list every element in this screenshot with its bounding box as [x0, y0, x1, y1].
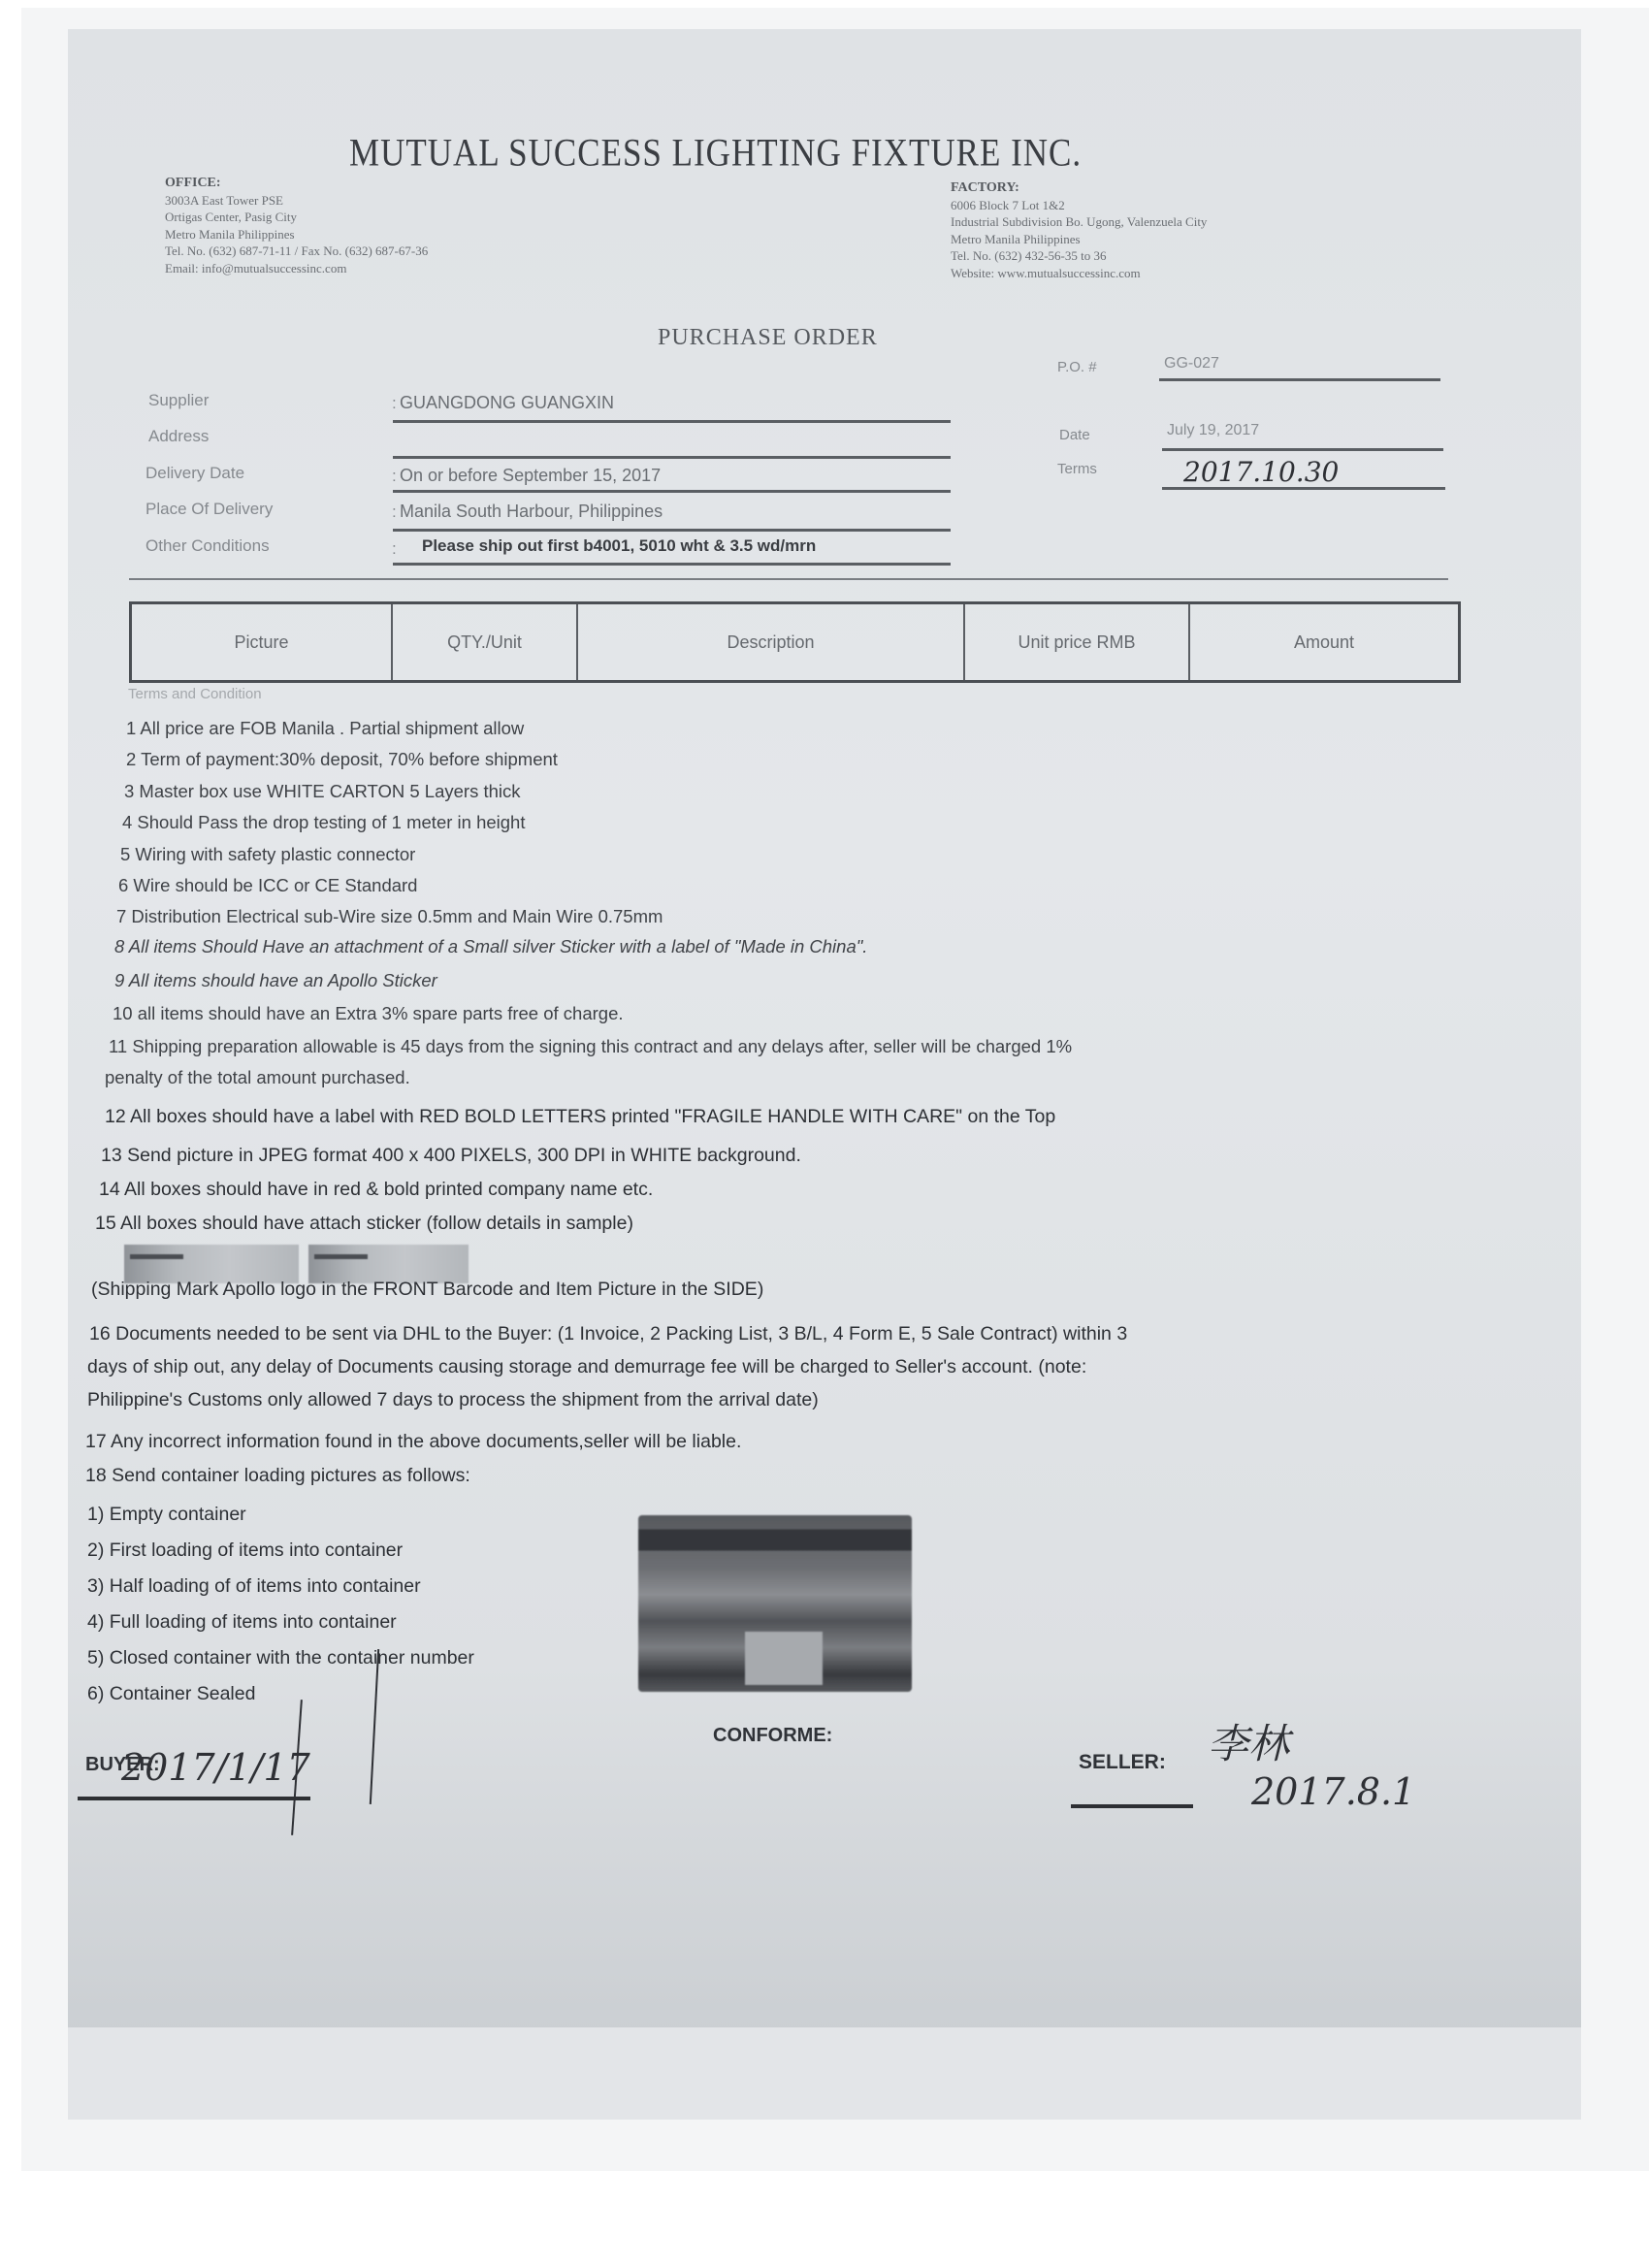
other-conditions-underline	[393, 563, 951, 566]
date-value: July 19, 2017	[1167, 422, 1259, 439]
field-colon: :	[392, 467, 397, 486]
terms-item: 7 Distribution Electrical sub-Wire size …	[116, 906, 663, 927]
terms-item: 6 Wire should be ICC or CE Standard	[118, 875, 417, 896]
place-of-delivery-label: Place Of Delivery	[145, 500, 273, 519]
sticker-sample-image	[124, 1245, 299, 1283]
page-bottom-margin	[68, 2027, 1581, 2120]
terms-item: 4 Should Pass the drop testing of 1 mete…	[122, 812, 525, 833]
place-of-delivery-underline	[393, 529, 951, 532]
office-line: Email: info@mutualsuccessinc.com	[165, 260, 428, 277]
other-conditions-value: Please ship out first b4001, 5010 wht & …	[422, 536, 816, 556]
office-line: Tel. No. (632) 687-71-11 / Fax No. (632)…	[165, 243, 428, 260]
buyer-signature-line	[78, 1797, 310, 1800]
loading-step: 6) Container Sealed	[87, 1683, 255, 1705]
terms-item: 12 All boxes should have a label with RE…	[105, 1106, 1055, 1128]
seller-signature-line	[1071, 1804, 1193, 1808]
company-name: MUTUAL SUCCESS LIGHTING FIXTURE INC.	[349, 131, 1082, 176]
loading-step: 5) Closed container with the container n…	[87, 1647, 474, 1669]
delivery-date-value: On or before September 15, 2017	[400, 466, 661, 486]
terms-item: 15 All boxes should have attach sticker …	[95, 1213, 633, 1235]
terms-item: 17 Any incorrect information found in th…	[85, 1431, 741, 1453]
date-underline	[1162, 448, 1443, 451]
field-colon: :	[392, 502, 397, 522]
place-of-delivery-value: Manila South Harbour, Philippines	[400, 502, 663, 522]
seller-signature-name: 李林	[1208, 1712, 1289, 1770]
date-label: Date	[1059, 427, 1090, 443]
items-table: Picture QTY./Unit Description Unit price…	[129, 601, 1461, 683]
terms-item: 1 All price are FOB Manila . Partial shi…	[126, 718, 524, 739]
other-conditions-label: Other Conditions	[145, 536, 270, 556]
delivery-date-underline	[393, 490, 951, 493]
seller-label: SELLER:	[1079, 1751, 1166, 1774]
terms-item: 9 All items should have an Apollo Sticke…	[114, 970, 437, 991]
terms-item: days of ship out, any delay of Documents…	[87, 1356, 1086, 1378]
field-colon: :	[392, 539, 397, 559]
address-underline	[393, 456, 951, 459]
terms-item: 18 Send container loading pictures as fo…	[85, 1465, 470, 1487]
supplier-value: GUANGDONG GUANGXIN	[400, 393, 614, 413]
supplier-underline	[393, 420, 951, 423]
container-loading-photo	[638, 1515, 912, 1692]
terms-item: 2 Term of payment:30% deposit, 70% befor…	[126, 749, 558, 770]
header-divider	[129, 578, 1448, 580]
supplier-label: Supplier	[148, 391, 209, 410]
loading-step: 1) Empty container	[87, 1504, 246, 1526]
loading-step: 4) Full loading of items into container	[87, 1611, 397, 1634]
po-number-label: P.O. #	[1057, 359, 1097, 375]
po-number-underline	[1159, 378, 1440, 381]
field-colon: :	[392, 394, 397, 413]
terms-item: 10 all items should have an Extra 3% spa…	[113, 1003, 624, 1024]
factory-line: Tel. No. (632) 432-56-35 to 36	[951, 247, 1207, 265]
buyer-signature-date: 2017/1/17	[121, 1746, 310, 1789]
terms-item: (Shipping Mark Apollo logo in the FRONT …	[91, 1279, 763, 1301]
office-line: Metro Manila Philippines	[165, 226, 428, 243]
terms-item: Philippine's Customs only allowed 7 days…	[87, 1389, 819, 1411]
loading-step: 3) Half loading of of items into contain…	[87, 1575, 421, 1598]
terms-heading: Terms and Condition	[128, 686, 262, 702]
factory-line: Industrial Subdivision Bo. Ugong, Valenz…	[951, 213, 1207, 231]
factory-address: FACTORY: 6006 Block 7 Lot 1&2 Industrial…	[951, 179, 1207, 281]
delivery-date-label: Delivery Date	[145, 464, 244, 483]
document-title: PURCHASE ORDER	[658, 325, 878, 351]
column-header-description: Description	[577, 603, 964, 682]
terms-item: 14 All boxes should have in red & bold p…	[99, 1179, 653, 1201]
factory-line: Metro Manila Philippines	[951, 231, 1207, 248]
office-line: Ortigas Center, Pasig City	[165, 209, 428, 226]
loading-step: 2) First loading of items into container	[87, 1539, 403, 1562]
column-header-qty-unit: QTY./Unit	[392, 603, 577, 682]
po-number-value: GG-027	[1164, 355, 1219, 373]
office-heading: OFFICE:	[165, 175, 428, 192]
terms-label: Terms	[1057, 461, 1097, 477]
terms-handwritten-value: 2017.10.30	[1183, 456, 1339, 488]
column-header-unit-price: Unit price RMB	[964, 603, 1189, 682]
terms-item: penalty of the total amount purchased.	[105, 1067, 410, 1088]
factory-heading: FACTORY:	[951, 179, 1207, 197]
terms-item: 11 Shipping preparation allowable is 45 …	[109, 1036, 1072, 1057]
factory-line: 6006 Block 7 Lot 1&2	[951, 197, 1207, 214]
column-header-amount: Amount	[1189, 603, 1460, 682]
terms-item: 3 Master box use WHITE CARTON 5 Layers t…	[124, 781, 521, 802]
address-label: Address	[148, 427, 209, 446]
terms-item: 13 Send picture in JPEG format 400 x 400…	[101, 1145, 801, 1167]
office-address: OFFICE: 3003A East Tower PSE Ortigas Cen…	[165, 175, 428, 276]
terms-item: 5 Wiring with safety plastic connector	[120, 844, 415, 865]
seller-signature-date: 2017.8.1	[1251, 1770, 1415, 1813]
factory-line: Website: www.mutualsuccessinc.com	[951, 265, 1207, 282]
column-header-picture: Picture	[131, 603, 393, 682]
terms-item: 8 All items Should Have an attachment of…	[114, 936, 867, 957]
terms-item: 16 Documents needed to be sent via DHL t…	[89, 1323, 1127, 1345]
office-line: 3003A East Tower PSE	[165, 192, 428, 210]
sticker-sample-image	[308, 1245, 469, 1283]
conforme-label: CONFORME:	[713, 1725, 832, 1747]
terms-underline	[1162, 487, 1445, 490]
items-table-header-row: Picture QTY./Unit Description Unit price…	[131, 603, 1460, 682]
